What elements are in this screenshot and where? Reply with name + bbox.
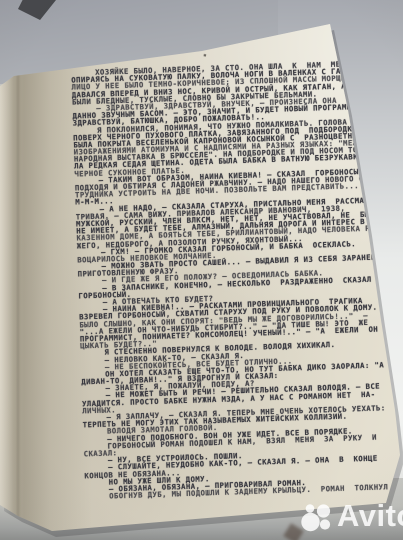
avito-watermark-text: Avito [337, 499, 403, 533]
photo-of-typewritten-book-page: ▪ ХОЗЯЙКЕ БЫЛО, НАВЕРНОЕ, ЗА СТО. ОНА ШЛ… [0, 0, 403, 540]
page-crease-line [17, 60, 19, 530]
avito-logo-icon [297, 500, 333, 532]
avito-watermark: Avito [297, 499, 403, 533]
page-number-mark: ▪ [203, 53, 209, 60]
